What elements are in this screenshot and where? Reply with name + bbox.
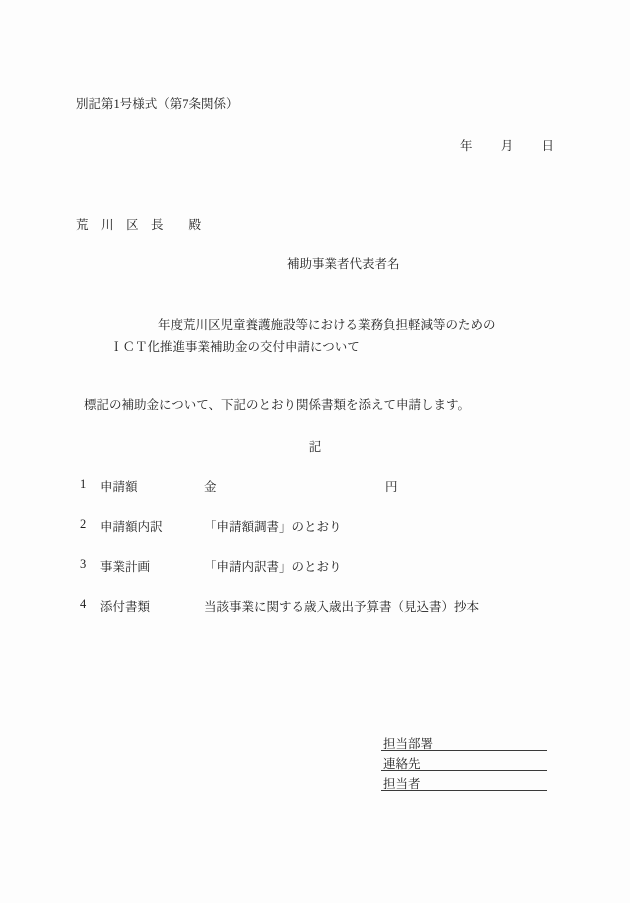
body-paragraph: 標記の補助金について、下記のとおり関係書類を添えて申請します。 (84, 395, 470, 413)
item-value: 「申請額調書」のとおり (204, 517, 342, 535)
item-label: 事業計画 (100, 557, 150, 575)
contact-department-label: 担当部署 (383, 737, 433, 751)
year-label: 年 (460, 136, 473, 154)
item-value: 金 (204, 477, 217, 495)
item-label: 申請額内訳 (100, 517, 163, 535)
contact-person-field: 担当者 (381, 774, 547, 791)
contact-info-field: 連絡先 (381, 754, 547, 771)
addressee-line: 荒 川 区 長 殿 (76, 215, 201, 233)
section-marker: 記 (0, 437, 630, 455)
item-value: 当該事業に関する歳入歳出予算書（見込書）抄本 (204, 597, 479, 615)
contact-department-field: 担当部署 (381, 734, 547, 751)
subject-line-1: 年度荒川区児童養護施設等における業務負担軽減等のための (158, 315, 496, 333)
application-form-page: 別記第1号様式（第7条関係） 年 月 日 荒 川 区 長 殿 補助事業者代表者名… (0, 0, 630, 903)
subject-line-2: ＩＣＴ化推進事業補助金の交付申請について (110, 337, 360, 355)
form-number: 別記第1号様式（第7条関係） (76, 94, 239, 112)
item-row-business-plan: 3 事業計画 「申請内訳書」のとおり (0, 557, 630, 575)
item-value: 「申請内訳書」のとおり (204, 557, 342, 575)
day-label: 日 (541, 136, 554, 154)
item-unit: 円 (385, 477, 398, 495)
item-row-amount-breakdown: 2 申請額内訳 「申請額調書」のとおり (0, 517, 630, 535)
applicant-representative-label: 補助事業者代表者名 (287, 254, 400, 272)
contact-info-label: 連絡先 (383, 757, 421, 771)
date-line: 年 月 日 (460, 136, 554, 154)
contact-person-label: 担当者 (383, 777, 421, 791)
item-row-attachments: 4 添付書類 当該事業に関する歳入歳出予算書（見込書）抄本 (0, 597, 630, 615)
item-label: 申請額 (100, 477, 138, 495)
item-number: 4 (80, 597, 86, 612)
item-number: 2 (80, 517, 86, 532)
item-row-application-amount: 1 申請額 金 円 (0, 477, 630, 495)
item-number: 3 (80, 557, 86, 572)
month-label: 月 (501, 136, 514, 154)
item-number: 1 (80, 477, 86, 492)
item-label: 添付書類 (100, 597, 150, 615)
